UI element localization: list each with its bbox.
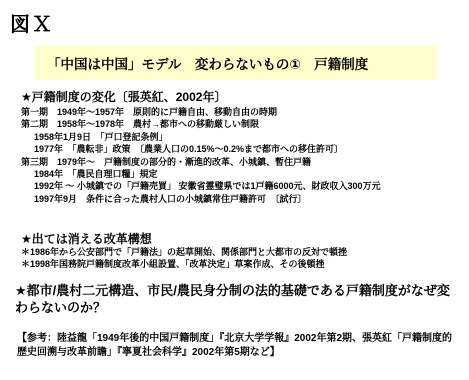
history-line-1992: 1992年 ～ 小城鎮での「戸籍売買」 安徽省霊璧県では1戸籍6000元、財政収…: [21, 180, 461, 192]
question-heading: ★都市/農村二元構造、市民/農民身分制の法的基礎である戸籍制度がなぜ変わらないの…: [15, 282, 460, 316]
history-line-1977: 1977年 「農転非」政策 〔農業人口の0.15%～0.2%まで都市への移住許可…: [21, 143, 461, 155]
reform-line-1986: ＊1986年から公安部門で「戸籍法」の起草開始、関係部門と大都市の反対で頓挫: [21, 246, 461, 258]
reference-citation: 【参考：陸益龍「1949年後的中国戸籍制度」『北京大学学報』2002年第2期、張…: [17, 332, 459, 360]
history-section-heading: ★戸籍制度の変化〔張英紅、2002年〕: [21, 88, 226, 105]
reform-notes: ＊1986年から公安部門で「戸籍法」の起草開始、関係部門と大都市の反対で頓挫 ＊…: [21, 246, 461, 270]
history-line-period2: 第二期 1958年～1978年 農村→都市への移動厳しい制限: [21, 118, 461, 130]
history-line-period1: 第一期 1949年～1957年 原則的に戸籍自由、移動自由の時期: [21, 106, 461, 118]
reform-line-1998: ＊1998年国務院戸籍制度改革小組設置、「改革決定」草案作成、その後頓挫: [21, 258, 461, 270]
reform-section-heading: ★出ては消える改革構想: [21, 230, 152, 247]
history-line-period3: 第三期 1979年～ 戸籍制度の部分的・漸進的改革、小城鎮、暫住戸籍: [21, 156, 461, 168]
figure-label: 図Ｘ: [10, 8, 54, 37]
slide-page: 図Ｘ 「中国は中国」モデル 変わらないもの① 戸籍制度 ★戸籍制度の変化〔張英紅…: [0, 0, 469, 380]
title-bar: 「中国は中国」モデル 変わらないもの① 戸籍制度: [35, 46, 437, 80]
history-line-1958: 1958年1月9日 「戸口登記条例」: [21, 131, 461, 143]
page-title: 「中国は中国」モデル 変わらないもの① 戸籍制度: [47, 57, 368, 72]
history-timeline: 第一期 1949年～1957年 原則的に戸籍自由、移動自由の時期 第二期 195…: [21, 106, 461, 205]
history-line-1997: 1997年9月 条件に合った農村人口の小城鎮常住戸籍許可 〔試行〕: [21, 193, 461, 205]
history-line-1984: 1984年 「農民自理口糧」規定: [21, 168, 461, 180]
